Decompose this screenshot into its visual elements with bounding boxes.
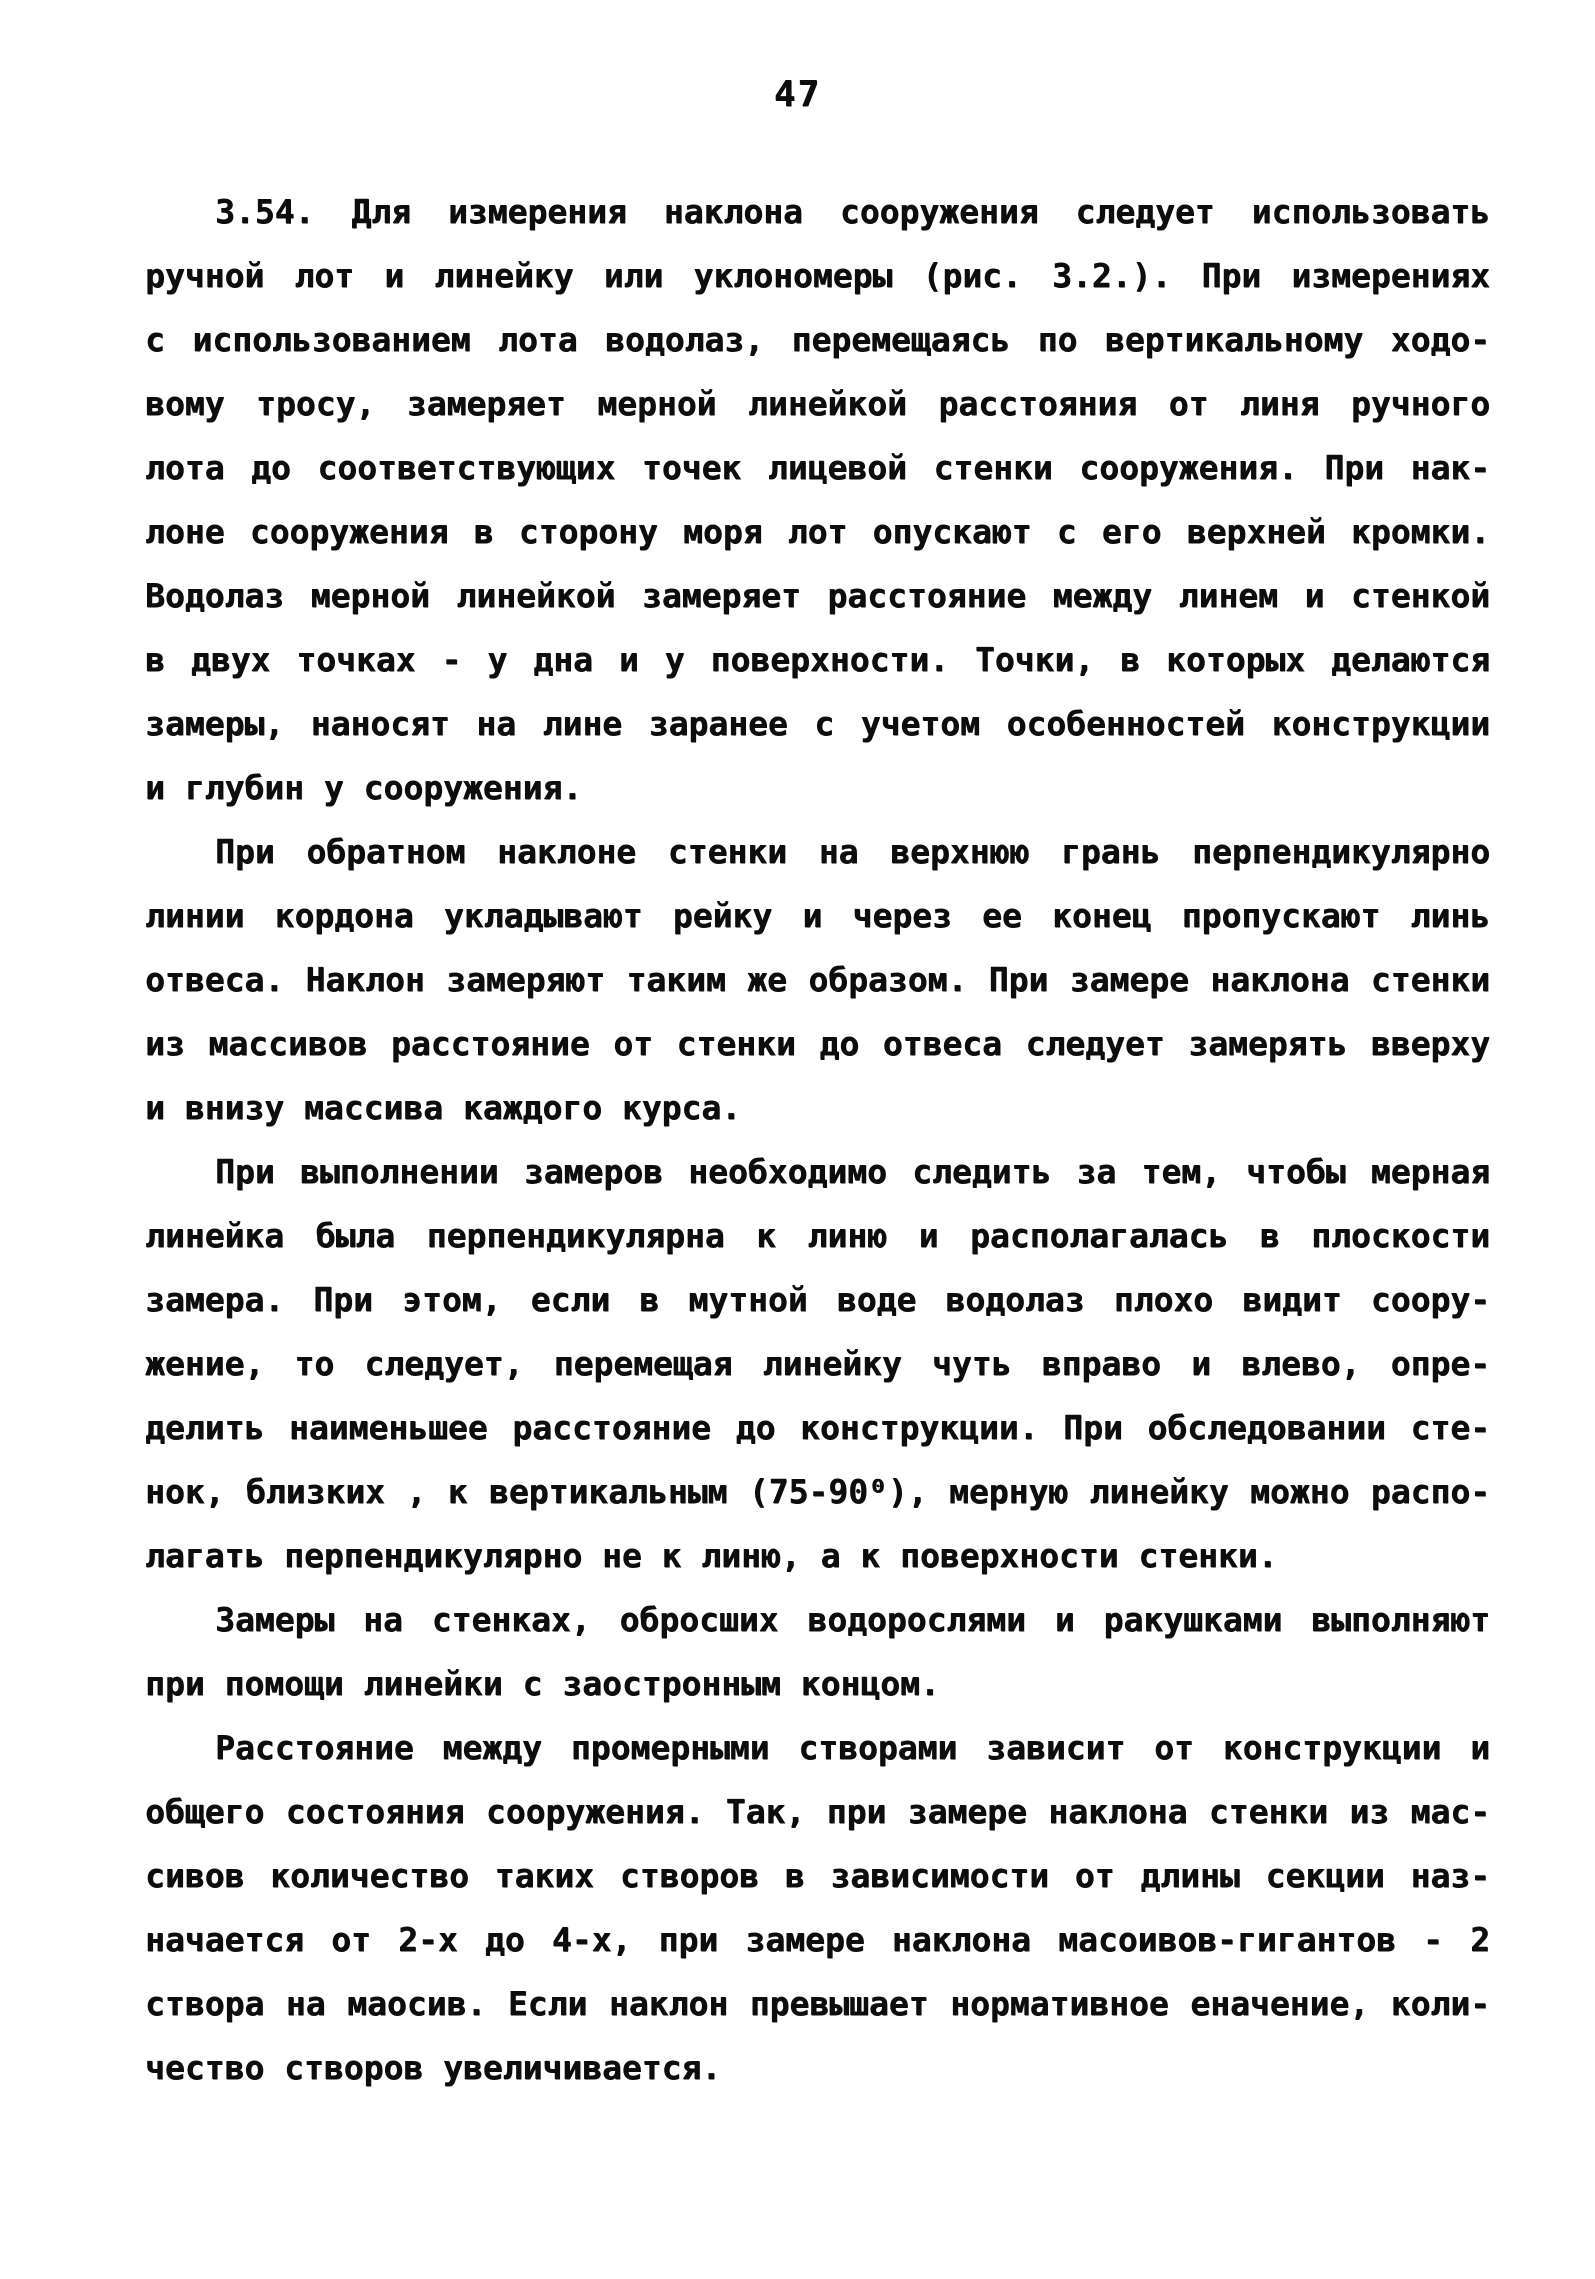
text-line: Водолаз мерной линейкой замеряет расстоя… (145, 564, 1490, 628)
text-line: жение, то следует, перемещая линейку чут… (145, 1332, 1490, 1396)
text-line: в двух точках - у дна и у поверхности. Т… (145, 628, 1490, 692)
text-line: замера. При этом, если в мутной воде вод… (145, 1268, 1490, 1332)
text-line: линейка была перпендикулярна к линю и ра… (145, 1204, 1490, 1268)
text-line: из массивов расстояние от стенки до отве… (145, 1012, 1490, 1076)
text-line: нок, близких , к вертикальным (75-90⁰), … (145, 1460, 1490, 1524)
text-line: При обратном наклоне стенки на верхнюю г… (145, 820, 1490, 884)
text-line: вому тросу, замеряет мерной линейкой рас… (145, 372, 1490, 436)
text-line: замеры, наносят на лине заранее с учетом… (145, 692, 1490, 756)
text-line: ручной лот и линейку или уклономеры (рис… (145, 244, 1490, 308)
text-line: сивов количество таких створов в зависим… (145, 1844, 1490, 1908)
text-line: лота до соответствующих точек лицевой ст… (145, 436, 1490, 500)
text-line: делить наименьшее расстояние до конструк… (145, 1396, 1490, 1460)
text-line: лагать перпендикулярно не к линю, а к по… (145, 1524, 1490, 1588)
text-line: начается от 2-х до 4-х, при замере накло… (145, 1908, 1490, 1972)
text-line: отвеса. Наклон замеряют таким же образом… (145, 948, 1490, 1012)
page-number: 47 (0, 74, 1595, 115)
text-line: створа на маосив. Если наклон превышает … (145, 1972, 1490, 2036)
text-block: 3.54. Для измерения наклона сооружения с… (145, 180, 1490, 2100)
text-line: общего состояния сооружения. Так, при за… (145, 1780, 1490, 1844)
paragraph: Замеры на стенках, обросших водорослями … (145, 1588, 1490, 1716)
text-line: При выполнении замеров необходимо следит… (145, 1140, 1490, 1204)
text-line: лоне сооружения в сторону моря лот опуск… (145, 500, 1490, 564)
document-page: 47 3.54. Для измерения наклона сооружени… (0, 0, 1595, 2279)
text-line: при помощи линейки с заостронным концом. (145, 1652, 1490, 1716)
text-line: и внизу массива каждого курса. (145, 1076, 1490, 1140)
paragraph: Расстояние между промерными створами зав… (145, 1716, 1490, 2100)
paragraph: При выполнении замеров необходимо следит… (145, 1140, 1490, 1588)
text-line: Замеры на стенках, обросших водорослями … (145, 1588, 1490, 1652)
text-line: линии кордона укладывают рейку и через е… (145, 884, 1490, 948)
text-line: и глубин у сооружения. (145, 756, 1490, 820)
text-line: чество створов увеличивается. (145, 2036, 1490, 2100)
text-line: 3.54. Для измерения наклона сооружения с… (145, 180, 1490, 244)
paragraph: При обратном наклоне стенки на верхнюю г… (145, 820, 1490, 1140)
paragraph: 3.54. Для измерения наклона сооружения с… (145, 180, 1490, 820)
text-line: с использованием лота водолаз, перемещая… (145, 308, 1490, 372)
text-line: Расстояние между промерными створами зав… (145, 1716, 1490, 1780)
